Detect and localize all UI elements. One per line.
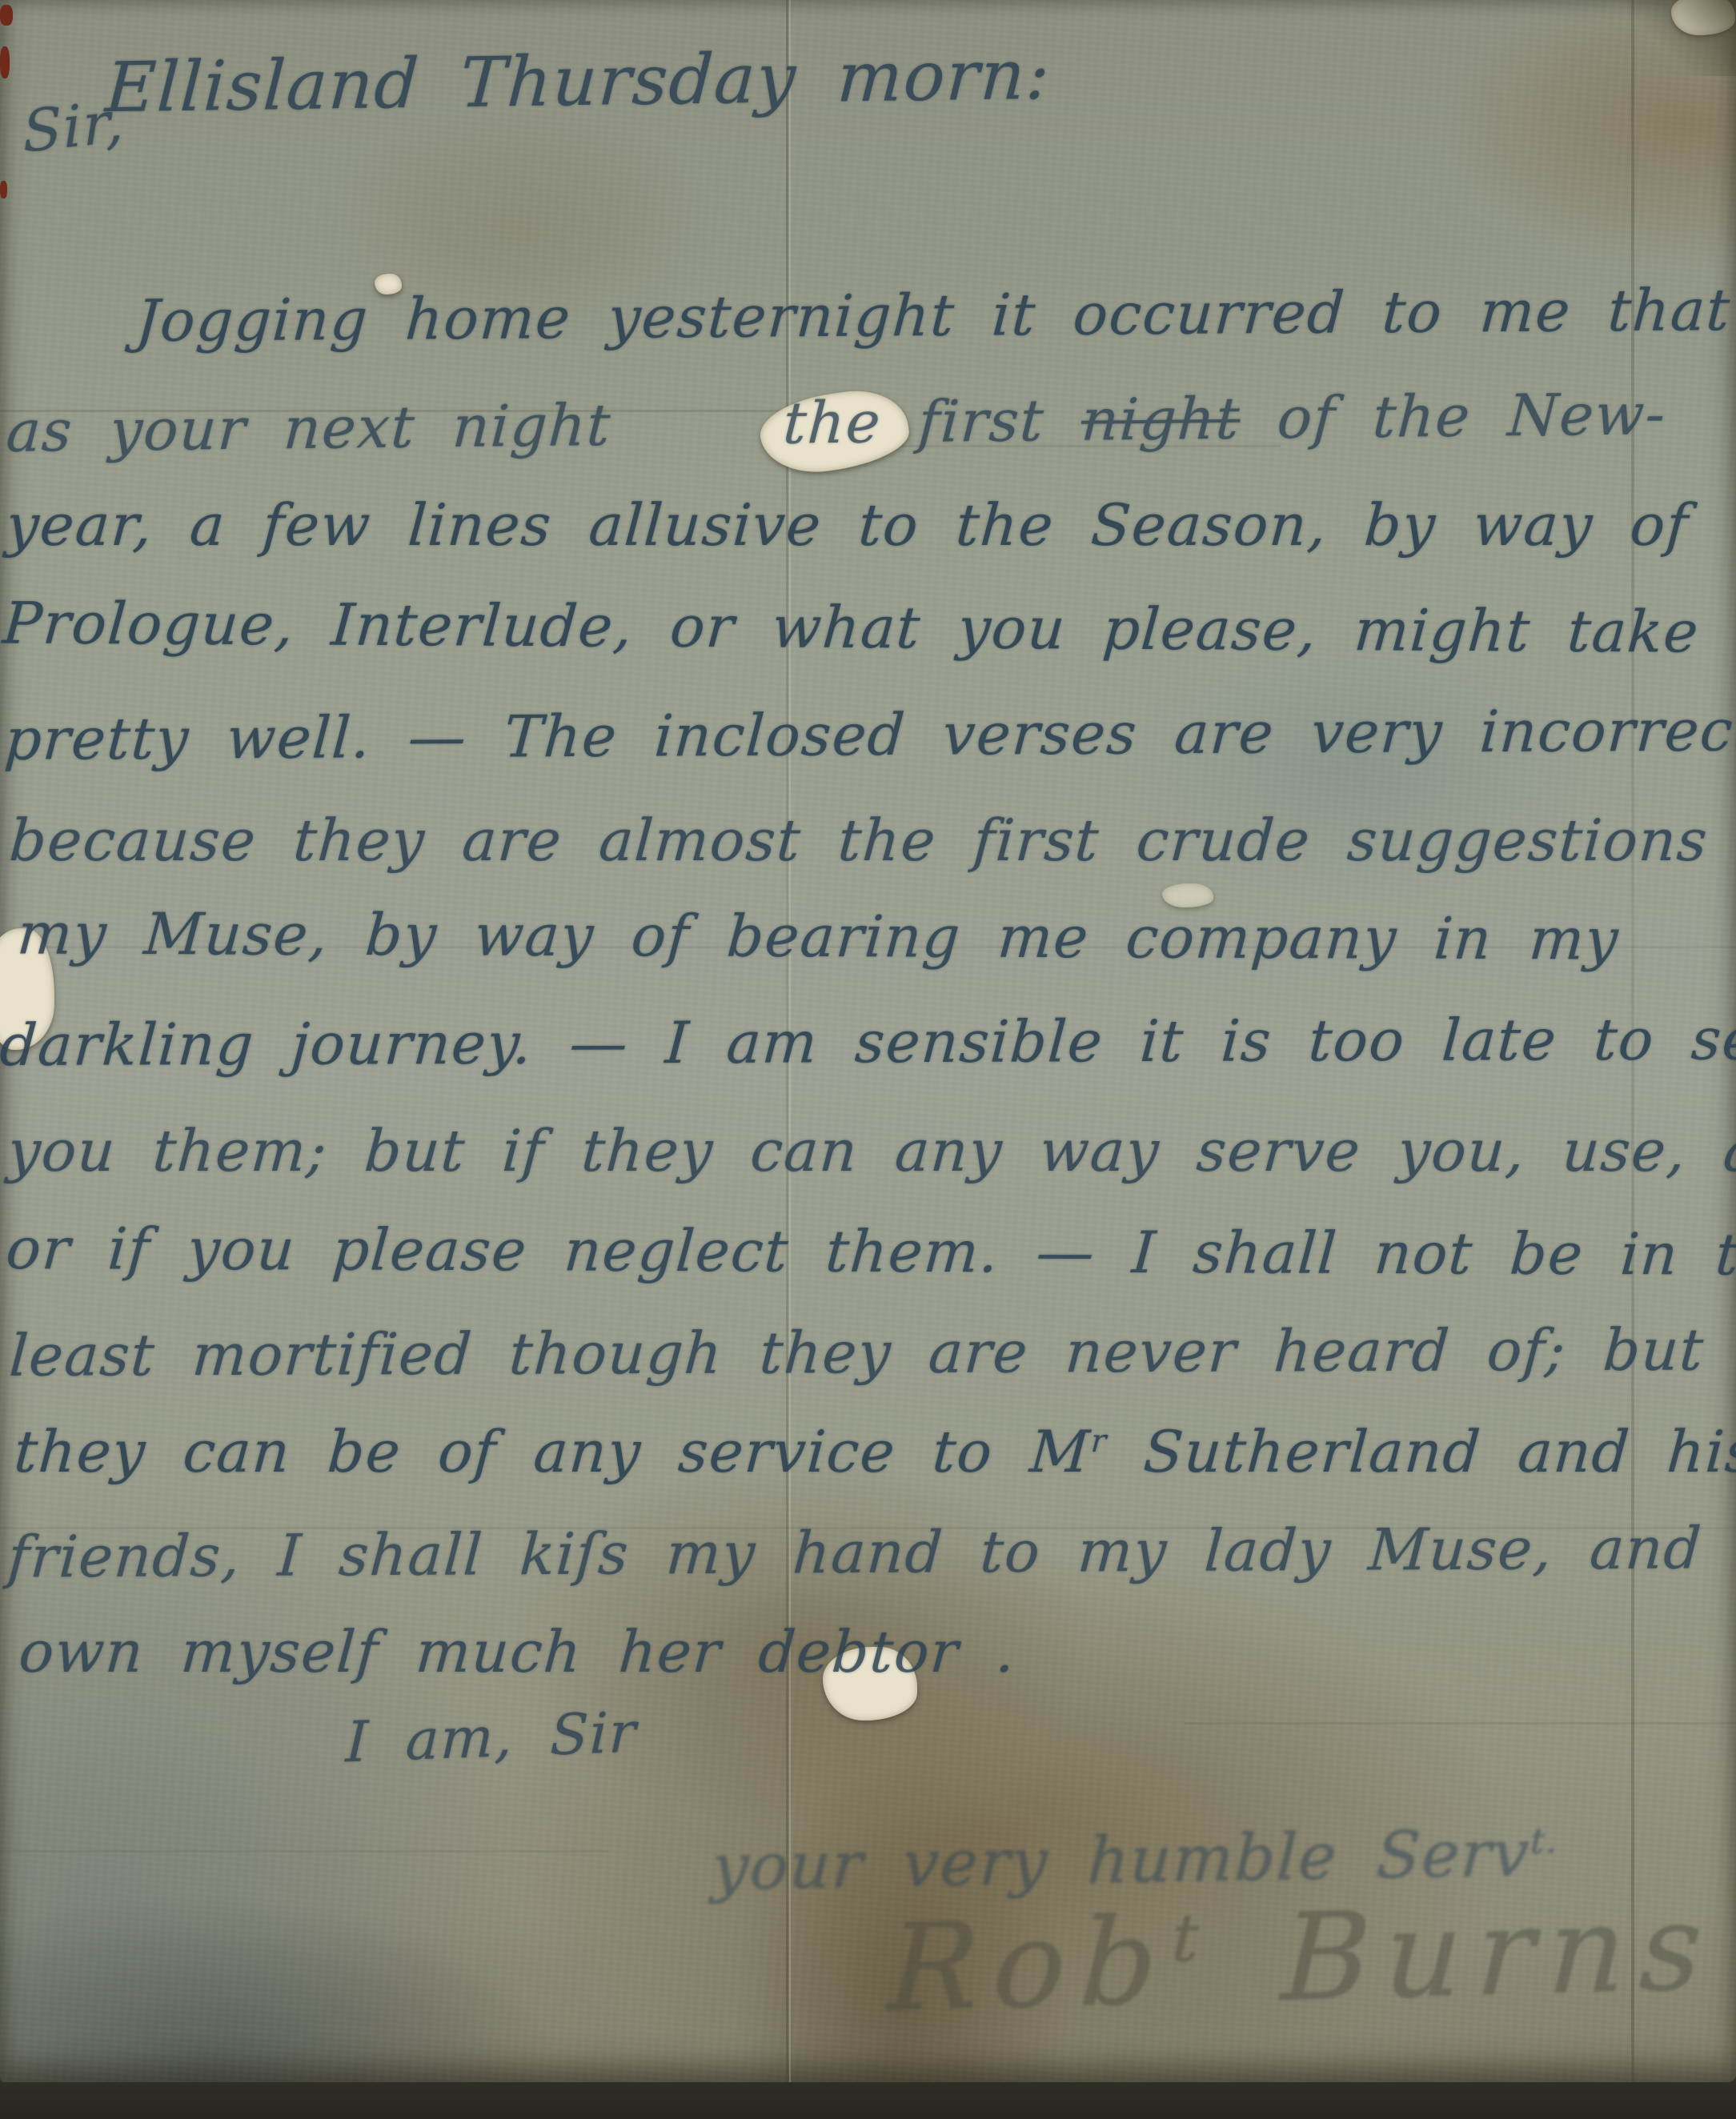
crease-line bbox=[1185, 1722, 1736, 1724]
red-edge-mark bbox=[0, 5, 13, 26]
letter-closing-iam: I am, Sir bbox=[345, 1700, 638, 1776]
letter-body-line-1: Jogging home yesternight it occurred to … bbox=[134, 276, 1733, 355]
red-edge-mark bbox=[0, 46, 10, 78]
letter-signature: Robt Burns bbox=[885, 1877, 1719, 2038]
letter-body-line-3: year, a few lines allusive to the Season… bbox=[4, 491, 1691, 559]
letter-body-line-7: my Muse, by way of bearing me company in… bbox=[15, 900, 1622, 973]
letter-paper: Ellisland Thursday morn:Sir,Jogging home… bbox=[0, 0, 1736, 2082]
letter-salutation: Sir, bbox=[22, 87, 126, 166]
crease-line bbox=[0, 1850, 608, 1853]
scanner-edge-shadow bbox=[0, 2082, 1736, 2119]
letter-body-line-12: they can be of any service to Mr Sutherl… bbox=[12, 1418, 1736, 1485]
letter-body-line-14: own myself much her debtor . bbox=[17, 1618, 1018, 1685]
corner-shadow bbox=[1616, 0, 1736, 76]
letter-body-line-13: friends, I shall kiſs my hand to my lady… bbox=[6, 1514, 1704, 1590]
letter-dateline: Ellisland Thursday morn: bbox=[103, 35, 1052, 129]
letter-body-line-9: you them; but if they can any way serve … bbox=[6, 1117, 1736, 1184]
letter-body-line-5: pretty well. — The inclosed verses are v… bbox=[2, 696, 1736, 773]
letter-body-line-2: as your next nightthe first night of the… bbox=[5, 380, 1669, 465]
letter-body-line-4: Prologue, Interlude, or what you please,… bbox=[1, 589, 1702, 665]
red-edge-mark bbox=[0, 181, 7, 198]
letter-body-line-11: least mortified though they are never he… bbox=[7, 1316, 1736, 1389]
letter-scan-image: Ellisland Thursday morn:Sir,Jogging home… bbox=[0, 0, 1736, 2119]
letter-body-line-8: darkling journey. — I am sensible it is … bbox=[0, 1005, 1736, 1079]
letter-body-line-10: or if you please neglect them. — I shall… bbox=[4, 1215, 1736, 1288]
letter-body-line-6: because they are almost the first crude … bbox=[7, 807, 1736, 874]
